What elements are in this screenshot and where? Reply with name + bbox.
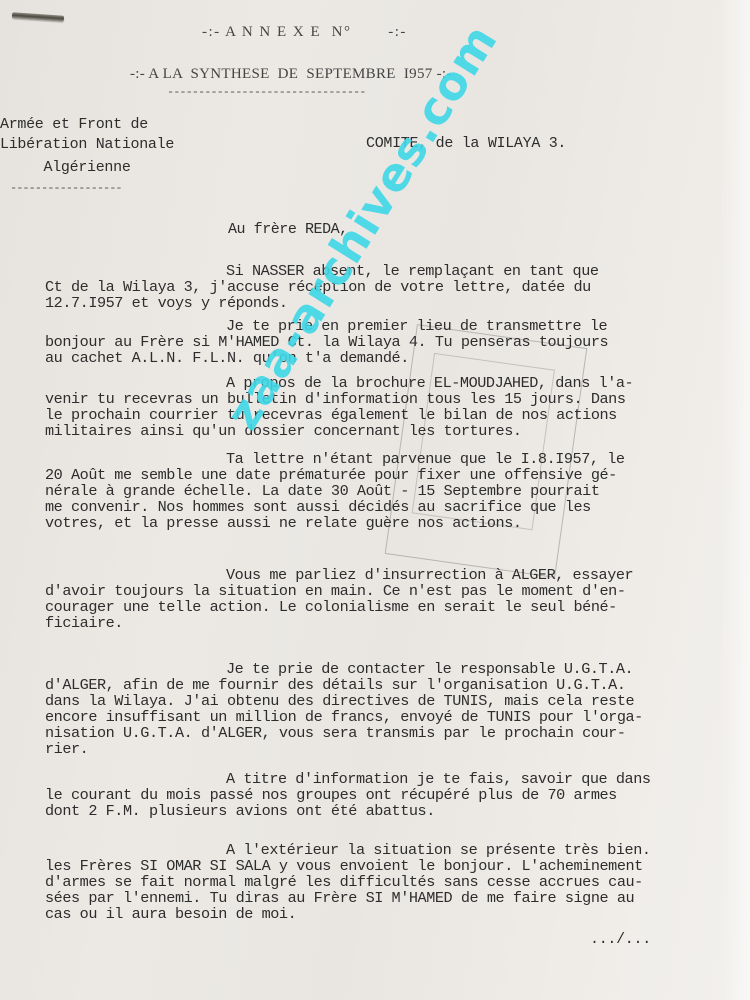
- paragraph-line: ficiaire.: [45, 615, 705, 631]
- paragraph-line: venir tu recevras un bulletin d'informat…: [45, 391, 705, 407]
- paragraph-line: A propos de la brochure EL-MOUDJAHED, da…: [45, 375, 705, 391]
- paragraph-line: A l'extérieur la situation se présente t…: [45, 842, 705, 858]
- paragraph-line: le courant du mois passé nos groupes ont…: [45, 787, 705, 803]
- annex-heading: -:- A N N E X E N° -:-: [202, 24, 407, 40]
- paragraph: Ta lettre n'étant parvenue que le I.8.I9…: [45, 451, 705, 531]
- sender-line-2: Libération Nationale: [0, 137, 174, 153]
- paragraph: A l'extérieur la situation se présente t…: [45, 842, 705, 922]
- paragraph: A titre d'information je te fais, savoir…: [45, 771, 705, 819]
- paragraph-line: Je te prie de contacter le responsable U…: [45, 661, 705, 677]
- paragraph-line: Je te prie en premier lieu de transmettr…: [45, 318, 705, 334]
- continuation-mark: .../...: [590, 932, 651, 948]
- paragraph-line: courager une telle action. Le colonialis…: [45, 599, 705, 615]
- sender-line-3: Algérienne: [0, 160, 131, 176]
- paragraph: Vous me parliez d'insurrection à ALGER, …: [45, 567, 705, 631]
- synthesis-underline: --------------------------------: [167, 84, 365, 100]
- page-edge-shade: [720, 0, 750, 1000]
- paragraph: A propos de la brochure EL-MOUDJAHED, da…: [45, 375, 705, 439]
- synthesis-heading: -:- A LA SYNTHESE DE SEPTEMBRE I957 -:-: [130, 66, 452, 82]
- paragraph-line: nérale à grande échelle. La date 30 Août…: [45, 483, 705, 499]
- paragraph: Je te prie en premier lieu de transmettr…: [45, 318, 705, 366]
- paragraph-line: 12.7.I957 et voys y réponds.: [45, 295, 705, 311]
- paragraph-line: les Frères SI OMAR SI SALA y vous envoie…: [45, 858, 705, 874]
- paragraph-line: votres, et la presse aussi ne relate guè…: [45, 515, 705, 531]
- sender-underline: ------------------: [10, 180, 122, 196]
- paragraph-line: sées par l'ennemi. Tu diras au Frère SI …: [45, 890, 705, 906]
- paragraph-line: d'armes se fait normal malgré les diffic…: [45, 874, 705, 890]
- paragraph-line: au cachet A.L.N. F.L.N. qu'on t'a demand…: [45, 350, 705, 366]
- paragraph-line: militaires ainsi qu'un dossier concernan…: [45, 423, 705, 439]
- paragraph-line: 20 Août me semble une date prématurée po…: [45, 467, 705, 483]
- paragraph-line: Ta lettre n'étant parvenue que le I.8.I9…: [45, 451, 705, 467]
- paragraph-line: Si NASSER absent, le remplaçant en tant …: [45, 263, 705, 279]
- paragraph-line: Vous me parliez d'insurrection à ALGER, …: [45, 567, 705, 583]
- paragraph-line: d'ALGER, afin de me fournir des détails …: [45, 677, 705, 693]
- paragraph-line: cas ou il aura besoin de moi.: [45, 906, 705, 922]
- paragraph-line: me convenir. Nos hommes sont aussi décid…: [45, 499, 705, 515]
- paragraph-line: bonjour au Frère si M'HAMED Ct. la Wilay…: [45, 334, 705, 350]
- paragraph-line: d'avoir toujours la situation en main. C…: [45, 583, 705, 599]
- paragraph: Si NASSER absent, le remplaçant en tant …: [45, 263, 705, 311]
- paragraph-line: le prochain courrier tu recevras égaleme…: [45, 407, 705, 423]
- staple: [12, 12, 64, 22]
- paragraph-line: rier.: [45, 741, 705, 757]
- paragraph-line: dont 2 F.M. plusieurs avions ont été aba…: [45, 803, 705, 819]
- paragraph-line: encore insuffisant un million de francs,…: [45, 709, 705, 725]
- paragraph: Je te prie de contacter le responsable U…: [45, 661, 705, 757]
- paragraph-line: nisation U.G.T.A. d'ALGER, vous sera tra…: [45, 725, 705, 741]
- paragraph-line: Ct de la Wilaya 3, j'accuse réception de…: [45, 279, 705, 295]
- paragraph-line: dans la Wilaya. J'ai obtenu des directiv…: [45, 693, 705, 709]
- sender-line-1: Armée et Front de: [0, 117, 148, 133]
- paragraph-line: A titre d'information je te fais, savoir…: [45, 771, 705, 787]
